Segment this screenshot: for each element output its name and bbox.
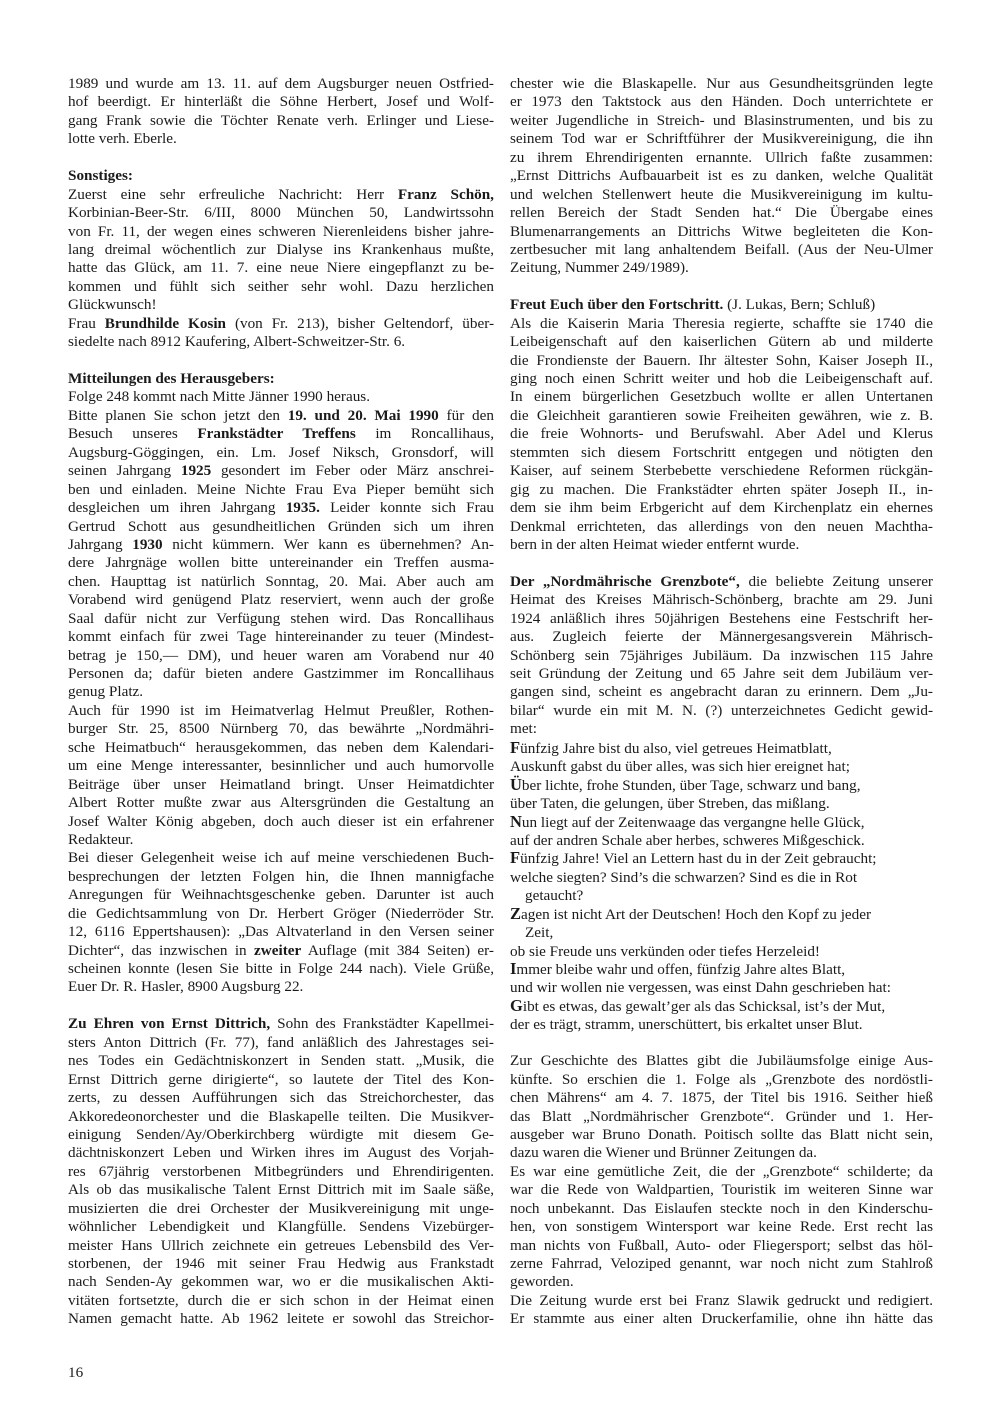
text-line: Personen da; dafür bieten andere Gastzim… [68,665,494,683]
text-line: noch unbekannt. Das Eislaufen steckte no… [510,1200,933,1218]
poem-line: getaucht? [510,886,933,904]
text-line: Als ob das musikalische Talent Ernst Dit… [68,1181,494,1199]
text-line: hof beerdigt. Er hinterläßt die Söhne He… [68,93,494,111]
text-line: scheinen konnte (lesen Sie bitte in Folg… [68,960,494,978]
text-line: er 1973 den Taktstock aus den Händen. Do… [510,93,933,111]
text-line: hen, von sonstigem Wintersport war keine… [510,1218,933,1236]
poem-line: der es trägt, stramm, unerschüttert, bis… [510,1015,933,1033]
text-line: ging noch einen Schritt weiter und hob d… [510,370,933,388]
text-line: meister Hans Ullrich zeichnete ein getre… [68,1237,494,1255]
text-line: gang Frank sowie die Töchter Renate verh… [68,112,494,130]
text-line: Schönberg sein 75jähriges Jubiläum. Da i… [510,647,933,665]
poem-line: Zeit, [510,923,933,941]
text-line: ben und einladen. Meine Nichte Frau Eva … [68,481,494,499]
text-line: Zuerst eine sehr erfreuliche Nachricht: … [68,186,494,204]
text-line: Bei dieser Gelegenheit weise ich auf mei… [68,849,494,867]
text-line: Leibeigenschaft auf den kaiserlichen Güt… [510,333,933,351]
signature: Euer Dr. R. Hasler, 8900 Augsburg 22. [68,978,494,996]
text-line: aus. Zugleich feierte der Männergesangsv… [510,628,933,646]
text-line: wöhnlicher Lebendigkeit und Klangfülle. … [68,1218,494,1236]
text-line: Besuch unseres Frankstädter Treffens im … [68,425,494,443]
section-sonstiges: Sonstiges: Zuerst eine sehr erfreuliche … [68,167,494,351]
text-line: dazu waren die Wiener und Brünner Zeitun… [510,1144,933,1162]
text-line: lang dreimal wöchentlich zur Dialyse ins… [68,241,494,259]
section-dittrich: Zu Ehren von Ernst Dittrich, Sohn des Fr… [68,1015,494,1328]
text-line: Korbinian-Beer-Str. 6/III, 8000 München … [68,204,494,222]
section-heading: Zu Ehren von Ernst Dittrich, [68,1015,270,1032]
poem-line: Über lichte, frohe Stunden, über Tage, s… [510,776,933,794]
text-line: chen Mährens“ am 4. 7. 1875, der Titel b… [510,1089,933,1107]
text-line: Dichter“, das inzwischen in zweiter Aufl… [68,942,494,960]
text-line: In einem bürgerlichen Gesetzbuch wollte … [510,388,933,406]
section-geschichte: Zur Geschichte des Blattes gibt die Jubi… [510,1052,933,1329]
text-line: Als die Kaiserin Maria Theresia regierte… [510,315,933,333]
text-line: Frau Brundhilde Kosin (von Fr. 213), bis… [68,315,494,333]
text-line: Blumenarrangements an Dittrichs Witwe be… [510,223,933,241]
poem-line: Gibt es etwas, das gewalt’ger als das Sc… [510,997,933,1015]
section-herausgeber: Mitteilungen des Herausgebers: Folge 248… [68,370,494,997]
text-line: Bitte planen Sie schon jetzt den 19. und… [68,407,494,425]
text-line: Zur Geschichte des Blattes gibt die Jubi… [510,1052,933,1070]
poem-line: Fünfzig Jahre bist du also, viel getreue… [510,739,933,757]
text-line: Gertrud Schott aus gesundheitlichen Grün… [68,518,494,536]
text-line: 1989 und wurde am 13. 11. auf dem Augsbu… [68,75,494,93]
text-line: „Ernst Dittrichs Aufbauarbeit ist es zu … [510,167,933,185]
text-line: Albert Rotter mußte zwar aus Altersgründ… [68,794,494,812]
text-line: sters Anton Dittrich (Fr. 77), fand anlä… [68,1034,494,1052]
text-line: weiter Jugendliche in Streich- und Blasi… [510,112,933,130]
poem-line: Immer bleibe wahr und offen, fünfzig Jah… [510,960,933,978]
text-line: das Blatt „Nordmährischer Grenzbote“. Gr… [510,1108,933,1126]
text-line: die Gleichheit garantieren sowie Freihei… [510,407,933,425]
text-line: war die Rede von Waldpartien, Touristik … [510,1181,933,1199]
text-line: Freut Euch über den Fortschritt. (J. Luk… [510,296,933,314]
text-line: res 67jährig verstorbenen Mitbegründers … [68,1163,494,1181]
text-line: burger Str. 25, 8500 Nürnberg 70, das be… [68,720,494,738]
poem-line: Zagen ist nicht Art der Deutschen! Hoch … [510,905,933,923]
text-line: gig zu machen. Die Frankstädter ehrten s… [510,481,933,499]
text-line: storbenen, der 1946 mit seiner Frau Hedw… [68,1255,494,1273]
text-line: Akkoredeonorchester und die Blaskapelle … [68,1108,494,1126]
obituary-paragraph: 1989 und wurde am 13. 11. auf dem Augsbu… [68,75,494,149]
text-line: seit Gründung der Zeitung und 65 Jahre s… [510,665,933,683]
text-line: kommt einfach für zwei Tage hintereinand… [68,628,494,646]
text-line: gangen sind, scheint es angebracht daran… [510,683,933,701]
text-line: chen. Haupttag ist natürlich Sonntag, 20… [68,573,494,591]
text-line: nes Todes ein Gedächtniskonzert in Sende… [68,1052,494,1070]
section-grenzbote: Der „Nordmährische Grenzbote“, die belie… [510,573,933,1034]
section-fortschritt: Freut Euch über den Fortschritt. (J. Luk… [510,296,933,554]
text-line: Josef Walter König abgeben, doch auch di… [68,813,494,831]
right-column: chester wie die Blaskapelle. Nur aus Ges… [510,75,933,1329]
text-line: bern in der alten Heimat wieder entfernt… [510,536,933,554]
text-line: die Gedichtsammlung von Dr. Herbert Grög… [68,905,494,923]
text-line: met: [510,720,933,738]
page-number: 16 [68,1364,83,1382]
text-line: besprechungen der letzten Folgen hin, di… [68,868,494,886]
text-line: die freie Wohnorts- und Berufswahl. Aber… [510,425,933,443]
text-line: Heimat des Kreises Mährisch-Schönberg, b… [510,591,933,609]
text-line: zertbesucher mit lang anhaltendem Beifal… [510,241,933,259]
text-line: Saal dafür nicht zur Verfügung stehen wi… [68,610,494,628]
text-line: Der „Nordmährische Grenzbote“, die belie… [510,573,933,591]
text-line: Es war eine gemütliche Zeit, die der „Gr… [510,1163,933,1181]
text-line: Denkmal errichteten, das allerdings von … [510,518,933,536]
poem-line: auf der andren Schale aber herbes, schwe… [510,831,933,849]
text-line: Die Zeitung wurde erst bei Franz Slawik … [510,1292,933,1310]
text-line: Namen gemacht hatte. Ab 1962 leitete er … [68,1310,494,1328]
text-line: Zeitung, Nummer 249/1989). [510,259,933,277]
poem-line: über Taten, die gelungen, über Streben, … [510,794,933,812]
text-line: zerne Fahrrad, Veloziped genannt, war no… [510,1255,933,1273]
text-line: siedelte nach 8912 Kaufering, Albert-Sch… [68,333,494,351]
text-line: Beiträge über unser Heimatland bringt. U… [68,776,494,794]
text-line: chester wie die Blaskapelle. Nur aus Ges… [510,75,933,93]
text-line: lotte verh. Eberle. [68,130,494,148]
text-line: seinen Jahrgang 1925 gesondert im Feber … [68,462,494,480]
text-line: dem sie ihm beim Erbgericht auf dem Kirc… [510,499,933,517]
left-column: 1989 und wurde am 13. 11. auf dem Augsbu… [68,75,494,1329]
text-line: kommen und fühlt sich seither sehr wohl.… [68,278,494,296]
poem-line: und wir wollen nie vergessen, was einst … [510,978,933,996]
poem: Fünfzig Jahre bist du also, viel getreue… [510,739,933,1034]
text-line: die Frondienste der Bauern. Ihr ältester… [510,352,933,370]
text-line: betrag je 150,— DM), und heuer waren am … [68,647,494,665]
section-heading: Freut Euch über den Fortschritt. [510,296,723,313]
poem-line: Auskunft gabst du über alles, was sich h… [510,757,933,775]
text-line: Anregungen für Weihnachtsgeschenke geben… [68,886,494,904]
text-line: Vorabend wird genügend Platz reserviert,… [68,591,494,609]
text-line: vitäten fortsetzte, durch die er sich sc… [68,1292,494,1310]
text-line: zu ihrem Ehrendirigenten ernannte. Ullri… [510,149,933,167]
text-line: Jahrgang 1930 nicht kümmern. Wer kann es… [68,536,494,554]
text-line: 1924 anläßlich ihres 50jährigen Bestehen… [510,610,933,628]
text-line: und welchen Stellenwert heute die Musikv… [510,186,933,204]
text-line: man nichts von Fußball, Auto- oder Flieg… [510,1237,933,1255]
text-line: Redakteur. [68,831,494,849]
text-line: Auch für 1990 ist im Heimatverlag Helmut… [68,702,494,720]
text-line: ausgeber war Bruno Donath. Poitisch soll… [510,1126,933,1144]
text-line: von Fr. 11, der wegen eines schweren Nie… [68,223,494,241]
dittrich-continuation: chester wie die Blaskapelle. Nur aus Ges… [510,75,933,278]
text-line: musizierten die drei Orchester der Musik… [68,1200,494,1218]
section-heading: Der „Nordmährische Grenzbote“, [510,573,740,590]
poem-line: Fünfzig Jahre! Viel an Lettern hast du i… [510,849,933,867]
text-line: sche Heimatbuch“ herausgekommen, das neb… [68,739,494,757]
text-line: desgleichen um ihren Jahrgang 1935. Leid… [68,499,494,517]
section-heading: Mitteilungen des Herausgebers: [68,370,494,388]
text-line: bilar“ wurde ein mit M. N. (?) unterzeic… [510,702,933,720]
text-line: 12, 6116 Eppertshausen): „Das Altvaterla… [68,923,494,941]
text-line: Er stammte aus einer alten Druckerfamili… [510,1310,933,1328]
text-line: hatte das Glück, am 11. 7. eine neue Nie… [68,259,494,277]
text-line: seinem Tod war er Schriftführer der Musi… [510,130,933,148]
text-line: genug Platz. [68,683,494,701]
text-line: dere Jahrgnäge wollen bitte untereinande… [68,554,494,572]
text-line: stemmten sich diesem Fortschritt entgege… [510,444,933,462]
text-line: künfte. So erschien die 1. Folge als „Gr… [510,1071,933,1089]
text-line: Kaiser, auf seinem Sterbebette verschied… [510,462,933,480]
text-line: rellen Bereich der Stadt Senden hat.“ Di… [510,204,933,222]
text-line: geworden. [510,1273,933,1291]
text-line: Zu Ehren von Ernst Dittrich, Sohn des Fr… [68,1015,494,1033]
text-line: Augsburg-Göggingen, ein. Lm. Josef Niksc… [68,444,494,462]
poem-line: Nun liegt auf der Zeitenwaage das vergan… [510,813,933,831]
text-line: Glückwunsch! [68,296,494,314]
text-line: zerts, zu dessen Aufführungen sich das S… [68,1089,494,1107]
poem-line: ob sie Freude uns verkünden oder tiefes … [510,942,933,960]
text-line: nach Senden-Ay gekommen war, wo er die m… [68,1273,494,1291]
poem-line: welche siegten? Sind’s die schwarzen? Si… [510,868,933,886]
section-heading: Sonstiges: [68,167,494,185]
text-line: dächtniskonzert Leben und Wirken ihres i… [68,1144,494,1162]
text-line: Folge 248 kommt nach Mitte Jänner 1990 h… [68,388,494,406]
text-line: Ernst Dittrich gerne dirigierte“, so lau… [68,1071,494,1089]
text-line: um eine Menge interessanter, besinnliche… [68,757,494,775]
text-line: einigung Senden/Ay/Oberkirchberg würdigt… [68,1126,494,1144]
